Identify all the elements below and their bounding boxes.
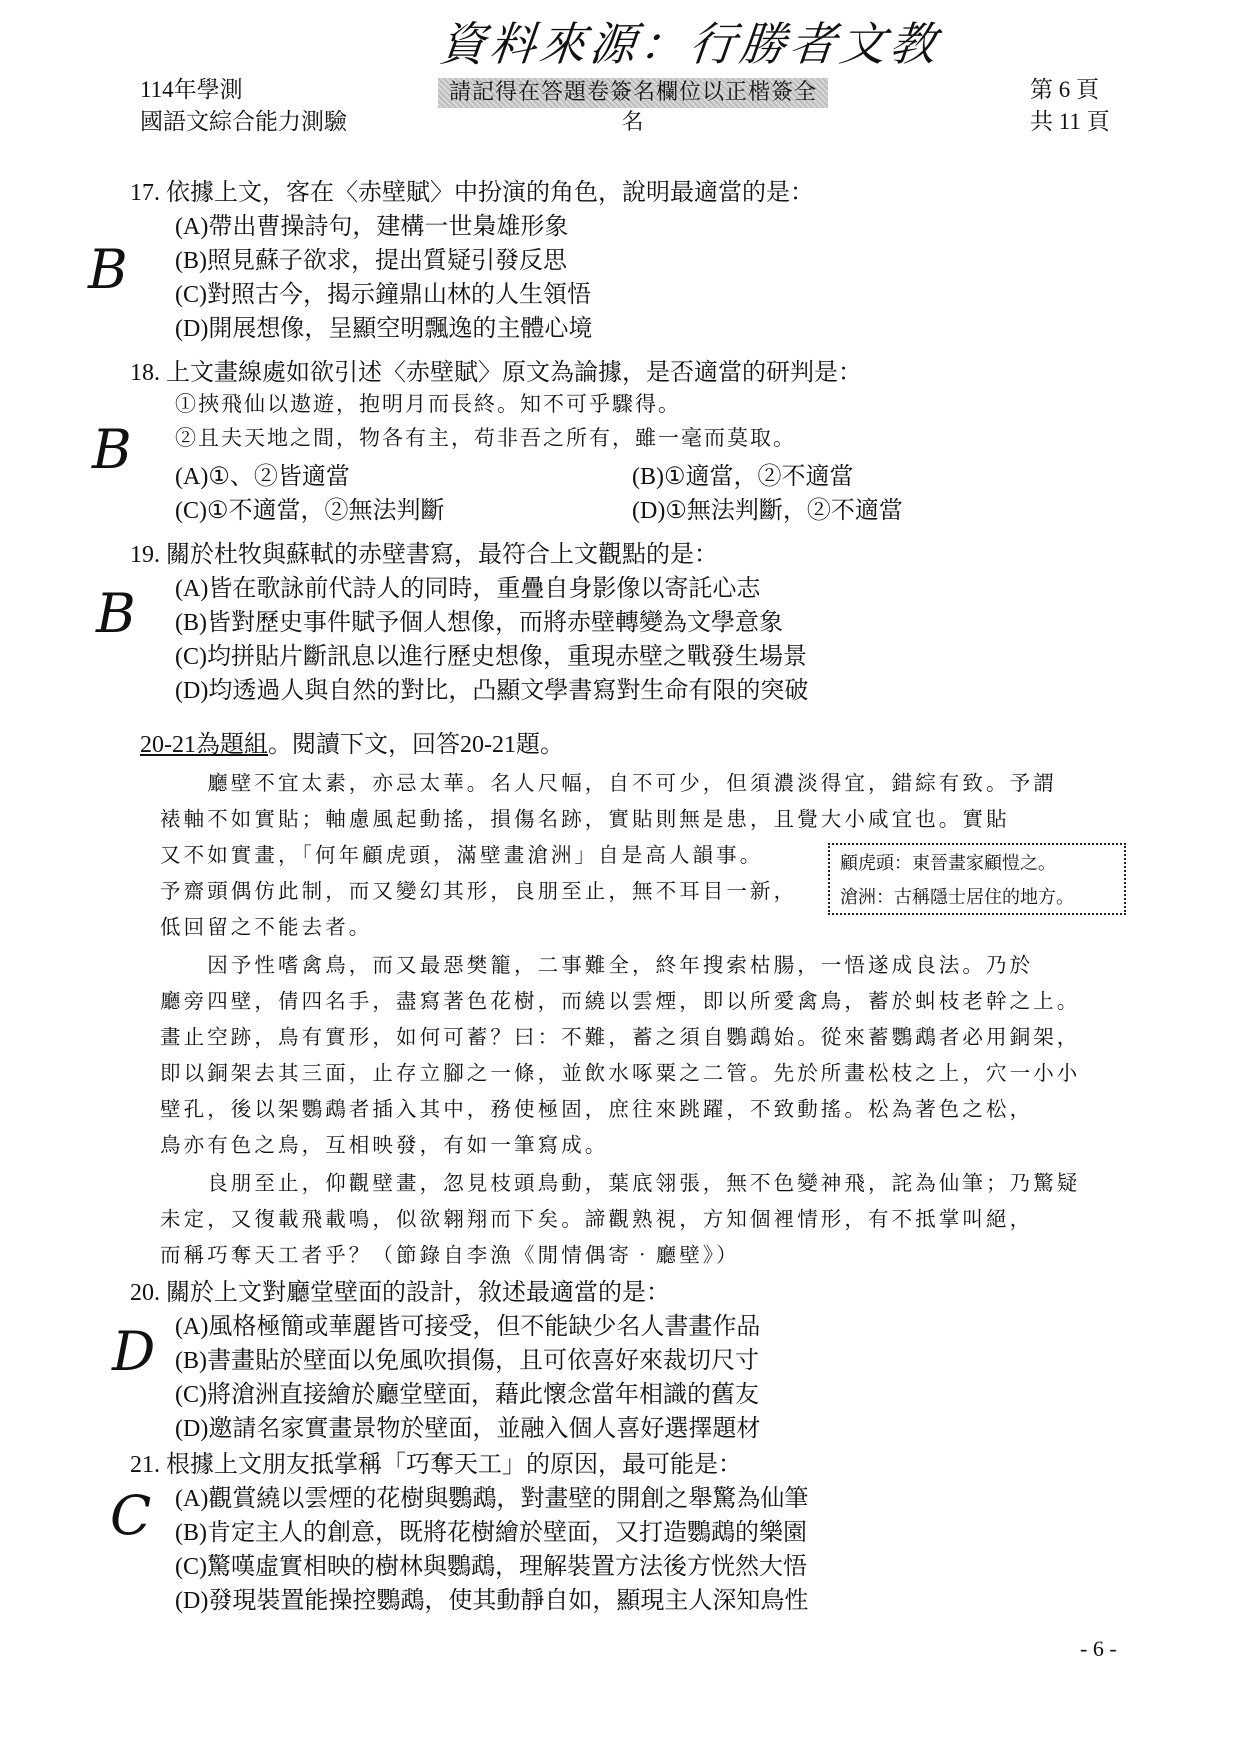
question-text: 根據上文朋友抵掌稱「巧奪天工」的原因，最可能是： bbox=[166, 1452, 742, 1478]
passage-line: 良朋至止，仰觀壁畫，忽見枝頭鳥動，葉底翎張，無不色變神飛，詫為仙筆；乃驚疑 bbox=[160, 1166, 1080, 1196]
handwritten-answer-18: B bbox=[92, 418, 132, 481]
question-number: 18. bbox=[130, 360, 160, 386]
option-b: (B)皆對歷史事件賦予個人想像，而將赤壁轉變為文學意象 bbox=[175, 602, 783, 637]
question-stem: 20. 關於上文對廳堂壁面的設計，敘述最適當的是： bbox=[130, 1272, 670, 1307]
passage-line: 又不如實畫，「何年顧虎頭，滿壁畫滄洲」自是高人韻事。 bbox=[160, 838, 763, 868]
passage-line: 鳥亦有色之鳥，互相映發，有如一筆寫成。 bbox=[160, 1128, 608, 1158]
option-c: (C)均拼貼片斷訊息以進行歷史想像，重現赤壁之戰發生場景 bbox=[175, 636, 807, 671]
option-c: (C)驚嘆虛實相映的樹林與鸚鵡，理解裝置方法後方恍然大悟 bbox=[175, 1546, 807, 1581]
total-pages-label: 共 11 頁 bbox=[1030, 106, 1110, 138]
option-d: (D)邀請名家實畫景物於壁面，並融入個人喜好選擇題材 bbox=[175, 1408, 760, 1443]
question-number: 17. bbox=[130, 180, 160, 206]
option-d: (D)發現裝置能操控鸚鵡，使其動靜自如，顯現主人深知鳥性 bbox=[175, 1580, 808, 1615]
page-info: 第 6 頁 共 11 頁 bbox=[1030, 74, 1110, 138]
option-d: (D)①無法判斷，②不適當 bbox=[632, 490, 903, 525]
handwritten-answer-20: D bbox=[112, 1320, 155, 1383]
option-c: (C)對照古今，揭示鐘鼎山林的人生領悟 bbox=[175, 274, 591, 309]
option-a: (A)帶出曹操詩句，建構一世梟雄形象 bbox=[175, 206, 568, 241]
question-text: 依據上文，客在〈赤壁賦〉中扮演的角色，說明最適當的是： bbox=[166, 180, 814, 206]
question-number: 21. bbox=[130, 1452, 160, 1478]
option-c: (C)①不適當，②無法判斷 bbox=[175, 490, 445, 525]
exam-info: 114年學測 國語文綜合能力測驗 bbox=[140, 74, 347, 138]
question-stem: 18. 上文畫線處如欲引述〈赤壁賦〉原文為論據，是否適當的研判是： bbox=[130, 352, 862, 387]
question-number: 20. bbox=[130, 1280, 160, 1306]
passage-line: 因予性嗜禽鳥，而又最惡樊籠，二事難全，終年搜索枯腸，一悟遂成良法。乃於 bbox=[160, 948, 1033, 978]
handwritten-answer-21: C bbox=[110, 1484, 151, 1547]
exam-year: 114年學測 bbox=[140, 74, 347, 106]
option-a: (A)①、②皆適當 bbox=[175, 456, 350, 491]
page-label: 第 6 頁 bbox=[1030, 74, 1110, 106]
passage-line: 裱軸不如實貼；軸慮風起動搖，損傷名跡，實貼則無是患，且覺大小咸宜也。實貼 bbox=[160, 802, 1010, 832]
option-b: (B)肯定主人的創意，既將花樹繪於壁面，又打造鸚鵡的樂園 bbox=[175, 1512, 807, 1547]
question-stem: 19. 關於杜牧與蘇軾的赤壁書寫，最符合上文觀點的是： bbox=[130, 534, 718, 569]
question-stem: 21. 根據上文朋友抵掌稱「巧奪天工」的原因，最可能是： bbox=[130, 1444, 742, 1479]
passage-line: 廳旁四壁，倩四名手，盡寫著色花樹，而繞以雲煙，即以所愛禽鳥，蓄於虯枝老幹之上。 bbox=[160, 984, 1080, 1014]
annotation-note: 顧虎頭：東晉畫家顧愷之。 bbox=[840, 847, 1114, 881]
handwritten-source-note: 資料來源：行勝者文教 bbox=[437, 8, 944, 74]
quote-1: ①挾飛仙以遨遊，抱明月而長終。知不可乎驟得。 bbox=[175, 388, 681, 418]
option-b: (B)照見蘇子欲求，提出質疑引發反思 bbox=[175, 240, 567, 275]
annotation-note: 滄洲：古稱隱士居住的地方。 bbox=[840, 881, 1114, 915]
page-number: - 6 - bbox=[1080, 1636, 1117, 1662]
passage-line: 畫止空跡，鳥有實形，如何可蓄？曰：不難，蓄之須自鸚鵡始。從來蓄鸚鵡者必用銅架， bbox=[160, 1020, 1080, 1050]
passage-line: 而稱巧奪天工者乎？（節錄自李漁《閒情偶寄‧廳壁》） bbox=[160, 1238, 740, 1268]
signature-reminder-banner: 請記得在答題卷簽名欄位以正楷簽全名 bbox=[438, 78, 828, 108]
passage-line: 予齋頭偶仿此制，而又變幻其形，良朋至止，無不耳目一新， bbox=[160, 874, 797, 904]
option-c: (C)將滄洲直接繪於廳堂壁面，藉此懷念當年相識的舊友 bbox=[175, 1374, 759, 1409]
passage-line: 未定，又復載飛載鳴，似欲翱翔而下矣。諦觀熟視，方知個裡情形，有不抵掌叫絕， bbox=[160, 1202, 1033, 1232]
passage-line: 即以銅架去其三面，止存立腳之一條，並飲水啄粟之二管。先於所畫松枝之上，穴一小小 bbox=[160, 1056, 1080, 1086]
option-d: (D)均透過人與自然的對比，凸顯文學書寫對生命有限的突破 bbox=[175, 670, 808, 705]
exam-subject: 國語文綜合能力測驗 bbox=[140, 106, 347, 138]
passage-line: 低回留之不能去者。 bbox=[160, 910, 372, 940]
question-number: 19. bbox=[130, 542, 160, 568]
question-text: 上文畫線處如欲引述〈赤壁賦〉原文為論據，是否適當的研判是： bbox=[166, 360, 862, 386]
handwritten-answer-19: B bbox=[96, 582, 136, 645]
group-instruction: 。閱讀下文，回答20-21題。 bbox=[268, 732, 564, 758]
passage-line: 廳壁不宜太素，亦忌太華。名人尺幅，自不可少，但須濃淡得宜，錯綜有致。予謂 bbox=[160, 766, 1057, 796]
annotation-box: 顧虎頭：東晉畫家顧愷之。 滄洲：古稱隱士居住的地方。 bbox=[828, 843, 1126, 915]
handwritten-answer-17: B bbox=[88, 238, 128, 301]
question-stem: 17. 依據上文，客在〈赤壁賦〉中扮演的角色，說明最適當的是： bbox=[130, 172, 814, 207]
option-a: (A)風格極簡或華麗皆可接受，但不能缺少名人書畫作品 bbox=[175, 1306, 760, 1341]
question-group-heading: 20-21為題組。閱讀下文，回答20-21題。 bbox=[140, 724, 564, 759]
group-label: 20-21為題組 bbox=[140, 732, 268, 758]
option-d: (D)開展想像，呈顯空明飄逸的主體心境 bbox=[175, 308, 592, 343]
question-text: 關於杜牧與蘇軾的赤壁書寫，最符合上文觀點的是： bbox=[166, 542, 718, 568]
option-b: (B)①適當，②不適當 bbox=[632, 456, 854, 491]
question-text: 關於上文對廳堂壁面的設計，敘述最適當的是： bbox=[166, 1280, 670, 1306]
option-b: (B)書畫貼於壁面以免風吹損傷，且可依喜好來裁切尺寸 bbox=[175, 1340, 759, 1375]
passage-line: 壁孔，後以架鸚鵡者插入其中，務使極固，庶往來跳躍，不致動搖。松為著色之松， bbox=[160, 1092, 1033, 1122]
quote-2: ②且夫天地之間，物各有主，苟非吾之所有，雖一毫而莫取。 bbox=[175, 422, 796, 452]
option-a: (A)觀賞繞以雲煙的花樹與鸚鵡，對畫壁的開創之舉驚為仙筆 bbox=[175, 1478, 808, 1513]
option-a: (A)皆在歌詠前代詩人的同時，重疊自身影像以寄託心志 bbox=[175, 568, 760, 603]
